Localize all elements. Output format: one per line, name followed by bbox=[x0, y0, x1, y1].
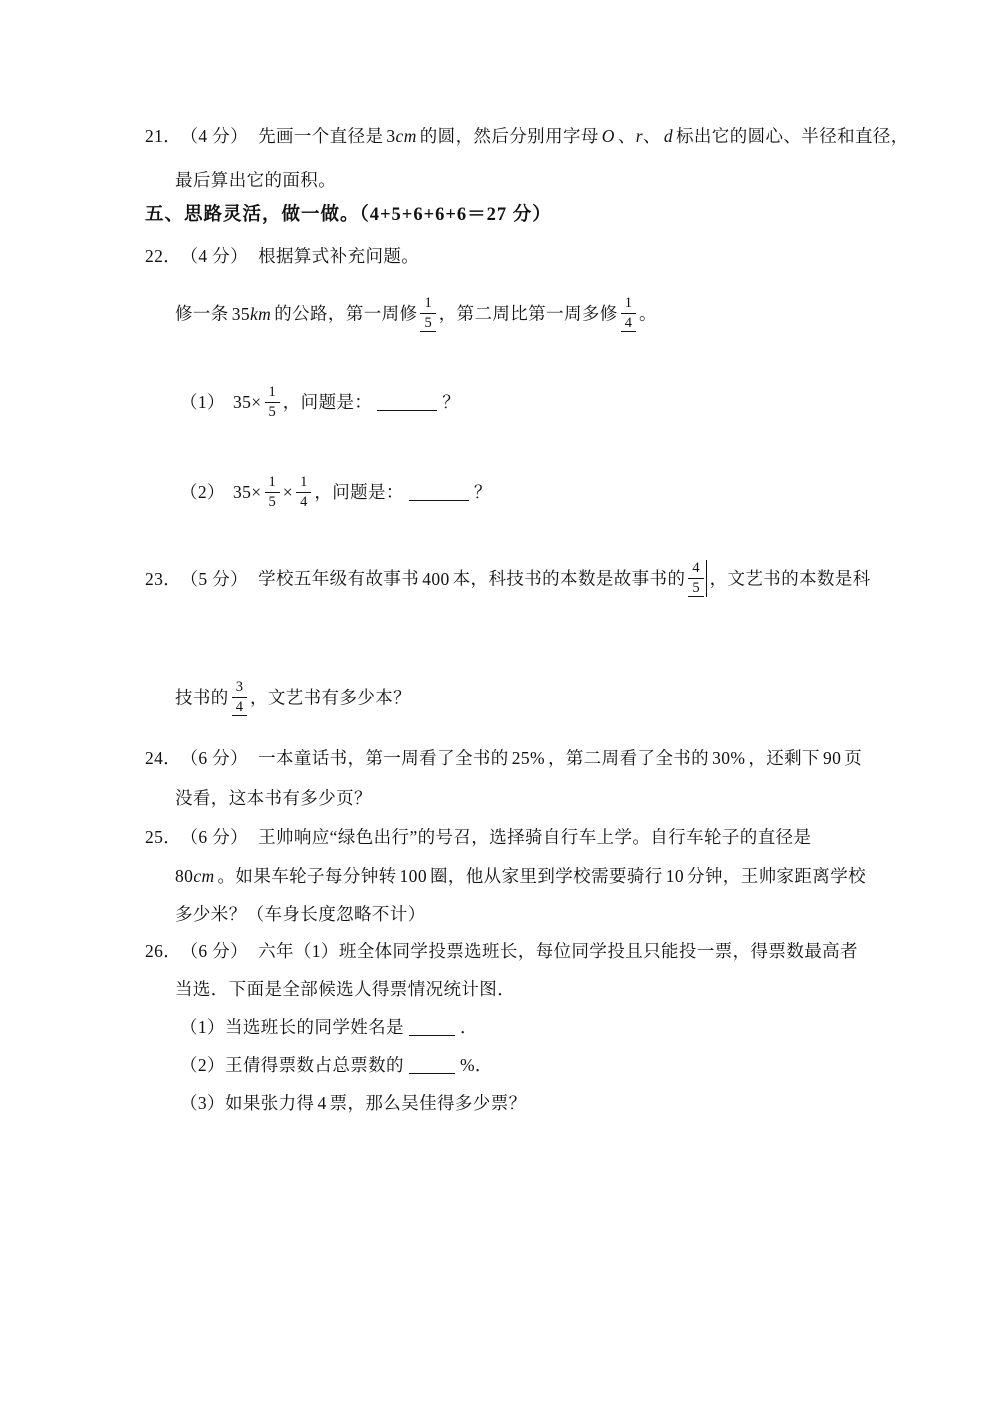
text-run: 修一条 bbox=[175, 304, 229, 324]
text-run: 分钟，王帅家距离学校 bbox=[687, 866, 866, 886]
text-run: （1）当选班长的同学姓名是 bbox=[180, 1017, 404, 1037]
math-var-O: O bbox=[599, 126, 618, 146]
fraction-denominator: 4 bbox=[621, 314, 636, 333]
fraction-3-4: 34 bbox=[232, 679, 247, 716]
fraction-denominator: 4 bbox=[232, 698, 247, 717]
fraction-denominator: 5 bbox=[265, 493, 280, 511]
number-run: 400 bbox=[419, 569, 452, 589]
text-run: 圈，他从家里到学校需要骑行 bbox=[430, 866, 663, 886]
fraction-numerator: 1 bbox=[265, 384, 280, 403]
fraction-4-5: 45 bbox=[688, 560, 706, 597]
text-run: 技书的 bbox=[175, 688, 229, 708]
expression-run: 35× bbox=[233, 482, 262, 502]
fraction-1-4: 14 bbox=[621, 295, 636, 332]
text-run: ，第二周看了全书的 bbox=[548, 748, 709, 768]
times-sign: × bbox=[283, 482, 293, 502]
text-run: ，问题是： bbox=[314, 482, 404, 502]
problem-21-line-1: 21．（4 分）先画一个直径是3cm的圆，然后分别用字母O、r、d标出它的圆心、… bbox=[145, 126, 909, 148]
problem-22-sub-1: （1）35×15，问题是：？ bbox=[180, 386, 460, 422]
text-run: 票，那么吴佳得多少票？ bbox=[330, 1093, 527, 1113]
text-run: ，文艺书有多少本？ bbox=[250, 688, 411, 708]
problem-25-line-1: 25．（6 分）王帅响应“绿色出行”的号召，选择骑自行车上学。自行车轮子的直径是 bbox=[145, 827, 811, 849]
number-run: 30% bbox=[709, 748, 748, 768]
text-run: 、 bbox=[643, 126, 661, 146]
problem-score: （6 分） bbox=[189, 827, 248, 847]
number-run: 80 bbox=[175, 866, 193, 886]
text-run: 最后算出它的面积。 bbox=[175, 170, 336, 190]
text-run: 六年（1）班全体同学投票选班长，每位同学投且只能投一票，得票数最高者 bbox=[258, 941, 858, 961]
fraction-denominator: 4 bbox=[296, 493, 311, 511]
text-run: 标出它的圆心、半径和直径， bbox=[676, 126, 909, 146]
answer-blank bbox=[377, 395, 437, 411]
measure-35km: 35km bbox=[229, 304, 275, 324]
unit-run: cm bbox=[193, 866, 214, 886]
number-run: 100 bbox=[397, 866, 430, 886]
problem-22-line-1: 22．（4 分）根据算式补充问题。 bbox=[145, 246, 419, 268]
text-run: 本，科技书的本数是故事书的 bbox=[453, 569, 686, 589]
text-run: 没看，这本书有多少页？ bbox=[175, 788, 372, 808]
problem-number: 24． bbox=[145, 748, 181, 768]
problem-26-line-1: 26．（6 分）六年（1）班全体同学投票选班长，每位同学投且只能投一票，得票数最… bbox=[145, 941, 858, 963]
text-run: ，第二周比第一周多修 bbox=[439, 304, 618, 324]
problem-number: 22． bbox=[145, 246, 181, 266]
problem-score: （5 分） bbox=[189, 569, 248, 589]
measure-3cm: 3cm bbox=[383, 126, 419, 146]
problem-26-sub-3: （3）如果张力得4票，那么吴佳得多少票？ bbox=[180, 1093, 527, 1115]
fraction-numerator: 1 bbox=[265, 474, 280, 493]
fraction-numerator: 1 bbox=[621, 295, 636, 314]
fraction-denominator: 5 bbox=[265, 403, 280, 421]
problem-22-sub-2: （2）35×15×14，问题是：？ bbox=[180, 476, 492, 512]
problem-number: 21． bbox=[145, 126, 181, 146]
problem-23-line-2: 技书的34，文艺书有多少本？ bbox=[175, 681, 411, 718]
number-run: 35 bbox=[232, 304, 250, 324]
fraction-numerator: 3 bbox=[232, 679, 247, 698]
text-run: 的公路，第一周修 bbox=[274, 304, 417, 324]
expression-run: 35× bbox=[233, 392, 262, 412]
problem-23-line-1: 23．（5 分）学校五年级有故事书400本，科技书的本数是故事书的45，文艺书的… bbox=[145, 562, 871, 599]
fraction-numerator: 1 bbox=[296, 474, 311, 493]
text-run: ？ bbox=[474, 482, 492, 502]
number-run: 4 bbox=[314, 1093, 329, 1113]
number-run: 3 bbox=[386, 126, 395, 146]
fraction-numerator: 1 bbox=[420, 295, 435, 314]
problem-21-line-2: 最后算出它的面积。 bbox=[175, 170, 336, 192]
problem-score: （4 分） bbox=[189, 126, 248, 146]
problem-score: （4 分） bbox=[189, 246, 248, 266]
text-run: 页 bbox=[844, 748, 862, 768]
text-run: 根据算式补充问题。 bbox=[258, 246, 419, 266]
text-run: 当选．下面是全部候选人得票情况统计图． bbox=[175, 979, 515, 999]
problem-number: 25． bbox=[145, 827, 181, 847]
problem-score: （6 分） bbox=[189, 941, 248, 961]
problem-26-sub-2: （2）王倩得票数占总票数的%． bbox=[180, 1055, 493, 1077]
fraction-1-5: 15 bbox=[265, 384, 280, 420]
section-title: 五、思路灵活，做一做。（4+5+6+6+6＝27 分） bbox=[145, 205, 552, 225]
section-5-header: 五、思路灵活，做一做。（4+5+6+6+6＝27 分） bbox=[145, 204, 552, 227]
fraction-1-5: 15 bbox=[265, 474, 280, 510]
problem-24-line-2: 没看，这本书有多少页？ bbox=[175, 788, 372, 810]
answer-blank bbox=[409, 1058, 455, 1074]
fraction-1-4: 14 bbox=[296, 474, 311, 510]
measure-80cm: 80cm bbox=[175, 866, 218, 886]
text-run: （2）王倩得票数占总票数的 bbox=[180, 1055, 404, 1075]
text-run: 多少米？（车身长度忽略不计） bbox=[175, 904, 426, 924]
sub-label: （1） bbox=[180, 392, 225, 412]
unit-run: km bbox=[250, 304, 271, 324]
fraction-numerator: 4 bbox=[688, 560, 703, 579]
problem-25-line-2: 80cm。如果车轮子每分钟转100圈，他从家里到学校需要骑行10分钟，王帅家距离… bbox=[175, 866, 866, 888]
text-run: 王帅响应“绿色出行”的号召，选择骑自行车上学。自行车轮子的直径是 bbox=[258, 827, 811, 847]
problem-26-sub-1: （1）当选班长的同学姓名是． bbox=[180, 1017, 478, 1039]
text-run: %． bbox=[460, 1055, 493, 1075]
text-run: ，还剩下 bbox=[748, 748, 820, 768]
text-run: 的圆，然后分别用字母 bbox=[420, 126, 599, 146]
problem-26-line-2: 当选．下面是全部候选人得票情况统计图． bbox=[175, 979, 515, 1001]
text-run: 一本童话书，第一周看了全书的 bbox=[258, 748, 509, 768]
text-run: 先画一个直径是 bbox=[258, 126, 383, 146]
problem-score: （6 分） bbox=[189, 748, 248, 768]
text-run: 。如果车轮子每分钟转 bbox=[218, 866, 397, 886]
sub-label: （2） bbox=[180, 482, 225, 502]
math-var-d: d bbox=[661, 126, 676, 146]
number-run: 90 bbox=[820, 748, 844, 768]
fraction-denominator: 5 bbox=[420, 314, 435, 333]
text-run: ，文艺书的本数是科 bbox=[710, 569, 871, 589]
problem-22-intro: 修一条35km的公路，第一周修15，第二周比第一周多修14。 bbox=[175, 297, 657, 334]
unit-run: cm bbox=[396, 126, 417, 146]
number-run: 25% bbox=[509, 748, 548, 768]
exam-page: 21．（4 分）先画一个直径是3cm的圆，然后分别用字母O、r、d标出它的圆心、… bbox=[0, 0, 1000, 1415]
text-run: （3）如果张力得 bbox=[180, 1093, 314, 1113]
fraction-1-5: 15 bbox=[420, 295, 435, 332]
problem-24-line-1: 24．（6 分）一本童话书，第一周看了全书的25%，第二周看了全书的30%，还剩… bbox=[145, 748, 862, 770]
text-run: ？ bbox=[442, 392, 460, 412]
problem-25-line-3: 多少米？（车身长度忽略不计） bbox=[175, 904, 426, 926]
math-var-r: r bbox=[636, 126, 643, 146]
answer-blank bbox=[409, 485, 469, 501]
number-run: 10 bbox=[663, 866, 687, 886]
answer-blank bbox=[409, 1020, 455, 1036]
text-run: 学校五年级有故事书 bbox=[258, 569, 419, 589]
problem-number: 26． bbox=[145, 941, 181, 961]
text-run: ． bbox=[460, 1017, 478, 1037]
fraction-denominator: 5 bbox=[688, 579, 703, 598]
text-run: 、 bbox=[618, 126, 636, 146]
text-run: 。 bbox=[639, 304, 657, 324]
text-run: ，问题是： bbox=[283, 392, 373, 412]
problem-number: 23． bbox=[145, 569, 181, 589]
